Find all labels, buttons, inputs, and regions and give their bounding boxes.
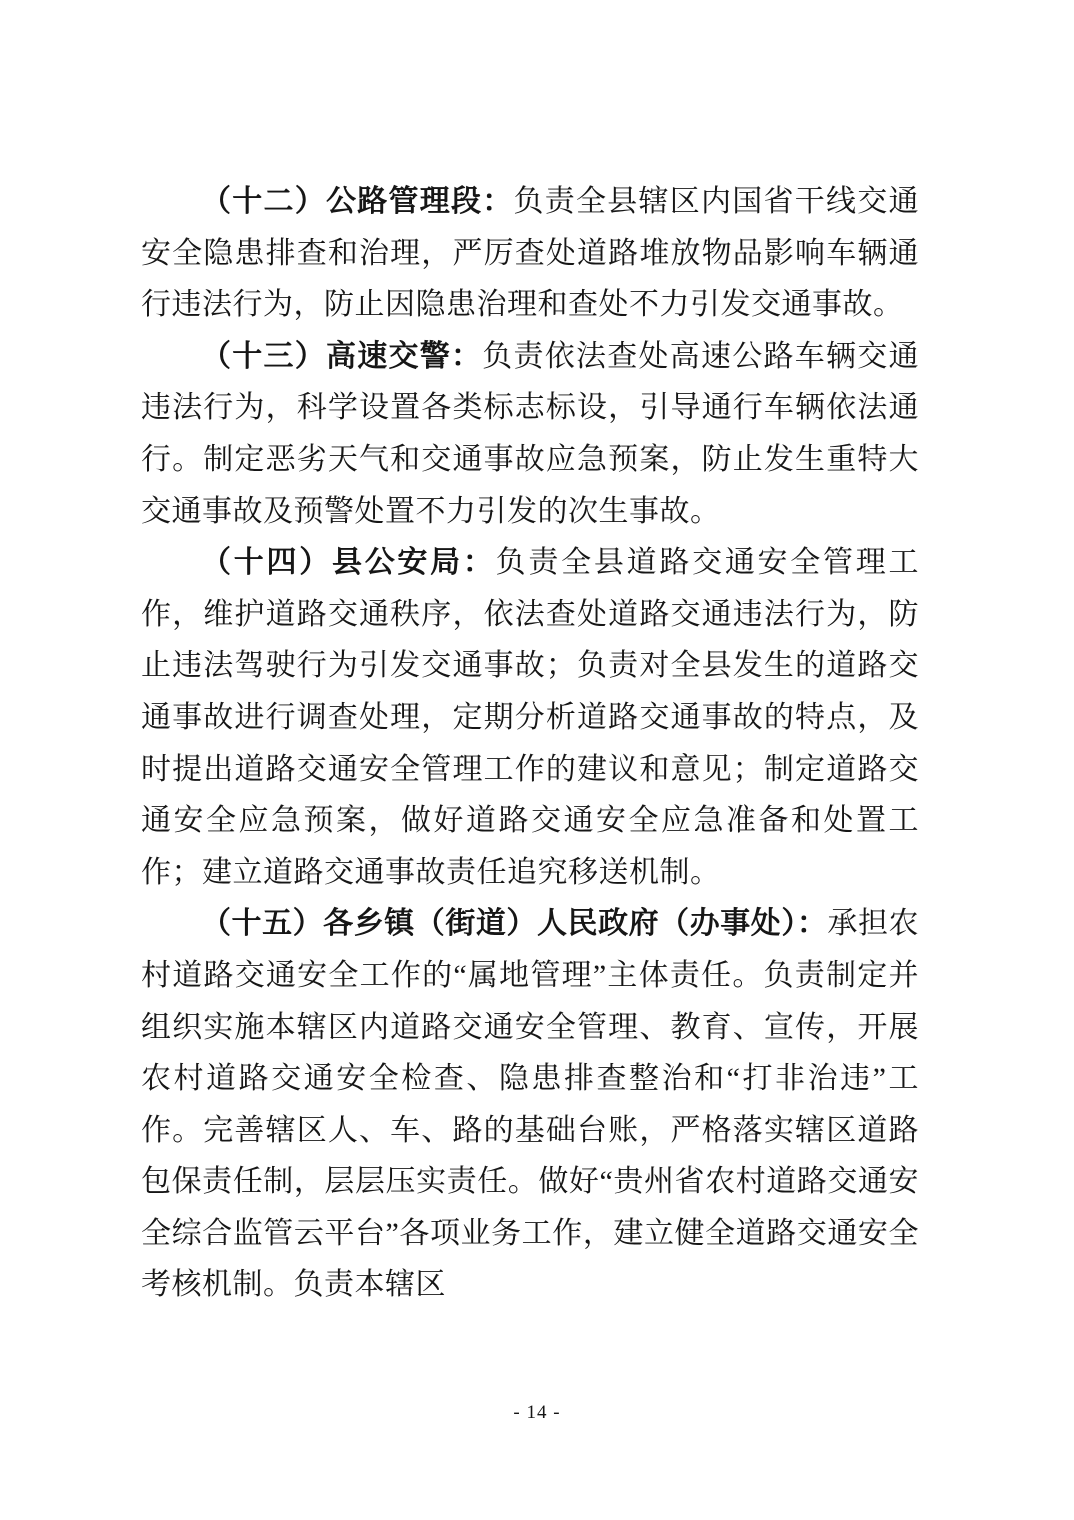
document-page: （十二）公路管理段：负责全县辖区内国省干线交通安全隐患排查和治理，严厉查处道路堆…	[0, 0, 1074, 1520]
paragraph-text: 承担农村道路交通安全工作的“属地管理”主体责任。负责制定并组织实施本辖区内道路交…	[141, 907, 919, 1301]
paragraph-heading: （十五）各乡镇（街道）人民政府（办事处）：	[201, 907, 827, 940]
paragraph-12-highway-admin: （十二）公路管理段：负责全县辖区内国省干线交通安全隐患排查和治理，严厉查处道路堆…	[141, 176, 919, 331]
paragraph-14-county-public-security: （十四）县公安局：负责全县道路交通安全管理工作，维护道路交通秩序，依法查处道路交…	[141, 537, 919, 898]
paragraph-15-township-governments: （十五）各乡镇（街道）人民政府（办事处）：承担农村道路交通安全工作的“属地管理”…	[141, 898, 919, 1311]
paragraph-heading: （十三）高速交警：	[201, 340, 482, 373]
document-body: （十二）公路管理段：负责全县辖区内国省干线交通安全隐患排查和治理，严厉查处道路堆…	[141, 176, 919, 1311]
paragraph-text: 负责全县道路交通安全管理工作，维护道路交通秩序，依法查处道路交通违法行为，防止违…	[141, 546, 919, 889]
paragraph-heading: （十四）县公安局：	[201, 546, 496, 579]
paragraph-heading: （十二）公路管理段：	[201, 185, 514, 218]
page-number: - 14 -	[0, 1400, 1074, 1426]
paragraph-13-highway-police: （十三）高速交警：负责依法查处高速公路车辆交通违法行为，科学设置各类标志标设，引…	[141, 331, 919, 537]
